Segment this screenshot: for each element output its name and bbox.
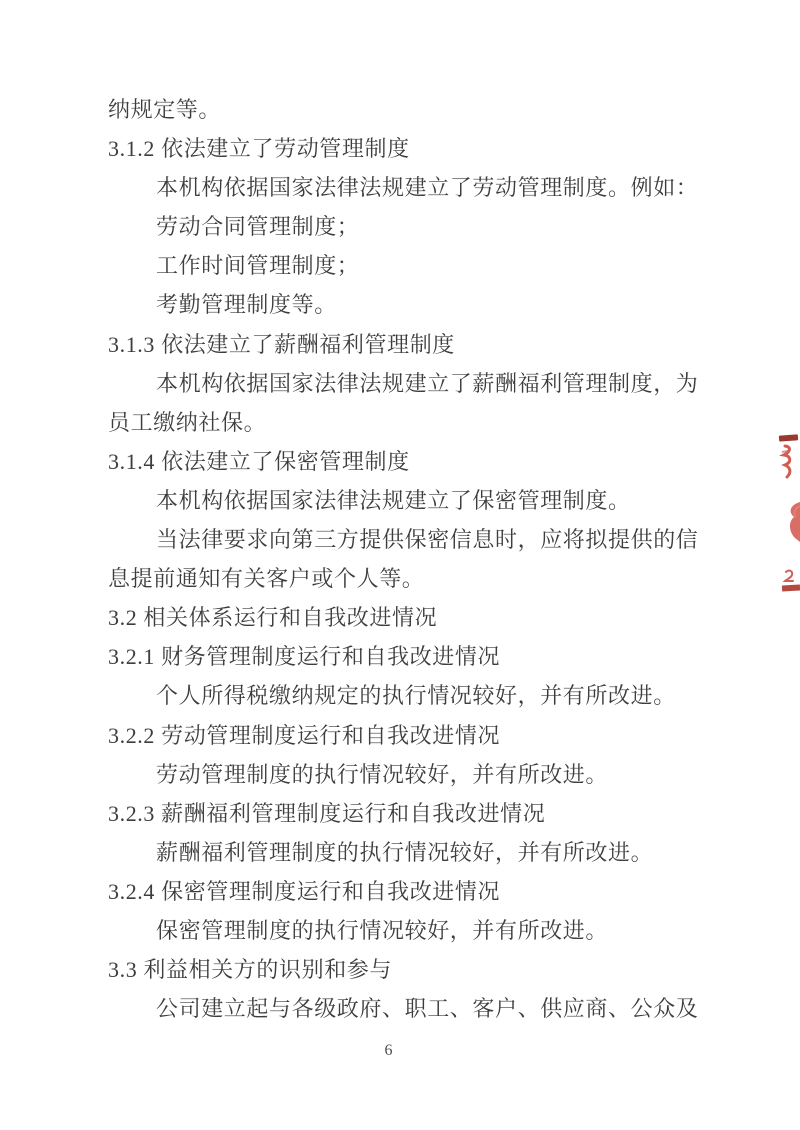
- heading-3-2-3: 3.2.3 薪酬福利管理制度运行和自我改进情况: [0, 794, 800, 833]
- heading-3-1-2: 3.1.2 依法建立了劳动管理制度: [0, 129, 800, 168]
- heading-3-2-1: 3.2.1 财务管理制度运行和自我改进情况: [0, 637, 800, 676]
- body-line-continuation: 员工缴纳社保。: [0, 403, 800, 442]
- heading-3-2: 3.2 相关体系运行和自我改进情况: [0, 598, 800, 637]
- body-line: 个人所得税缴纳规定的执行情况较好，并有所改进。: [0, 676, 800, 715]
- document-page: 纳规定等。 3.1.2 依法建立了劳动管理制度 本机构依据国家法律法规建立了劳动…: [0, 0, 800, 1130]
- body-line-continuation: 息提前通知有关客户或个人等。: [0, 559, 800, 598]
- list-item-attendance: 考勤管理制度等。: [0, 285, 800, 324]
- body-line: 当法律要求向第三方提供保密信息时，应将拟提供的信: [0, 520, 800, 559]
- body-line: 本机构依据国家法律法规建立了薪酬福利管理制度，为: [0, 364, 800, 403]
- document-body: 纳规定等。 3.1.2 依法建立了劳动管理制度 本机构依据国家法律法规建立了劳动…: [0, 90, 800, 1028]
- body-line: 薪酬福利管理制度的执行情况较好，并有所改进。: [0, 833, 800, 872]
- heading-3-3: 3.3 利益相关方的识别和参与: [0, 950, 800, 989]
- heading-3-1-4: 3.1.4 依法建立了保密管理制度: [0, 442, 800, 481]
- body-line-continuation: 纳规定等。: [0, 90, 800, 129]
- body-line: 本机构依据国家法律法规建立了劳动管理制度。例如：: [0, 168, 800, 207]
- page-number: 6: [0, 1042, 789, 1060]
- body-line: 公司建立起与各级政府、职工、客户、供应商、公众及: [0, 989, 800, 1028]
- heading-3-2-2: 3.2.2 劳动管理制度运行和自我改进情况: [0, 716, 800, 755]
- heading-3-2-4: 3.2.4 保密管理制度运行和自我改进情况: [0, 872, 800, 911]
- body-line: 本机构依据国家法律法规建立了保密管理制度。: [0, 481, 800, 520]
- body-line: 保密管理制度的执行情况较好，并有所改进。: [0, 911, 800, 950]
- list-item-working-hours: 工作时间管理制度；: [0, 246, 800, 285]
- body-line: 劳动管理制度的执行情况较好，并有所改进。: [0, 755, 800, 794]
- heading-3-1-3: 3.1.3 依法建立了薪酬福利管理制度: [0, 325, 800, 364]
- list-item-labor-contract: 劳动合同管理制度；: [0, 207, 800, 246]
